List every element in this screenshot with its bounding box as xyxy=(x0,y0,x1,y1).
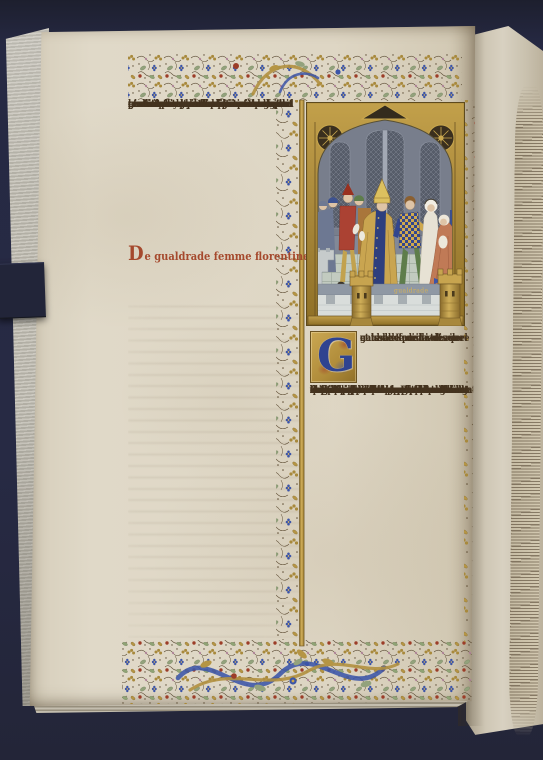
manuscript-photo: gre et retondre lempire en vng q lon voi… xyxy=(0,0,543,760)
illuminated-initial: G xyxy=(310,331,357,383)
turret-left xyxy=(350,271,373,326)
wall-inscription: gualdrade xyxy=(394,288,429,295)
miniature: gualdrade xyxy=(306,102,465,326)
initial-letter: G xyxy=(317,330,355,382)
text-line: siege du lieu il regardast laornement xyxy=(310,385,476,398)
facing-page-text-edge xyxy=(509,86,543,736)
turret-right xyxy=(438,269,462,326)
temple-interior: gualdrade xyxy=(308,120,463,326)
manuscript-page: gre et retondre lempire en vng q lon voi… xyxy=(28,26,476,706)
bookmark-tab xyxy=(0,262,46,319)
chapter-rubric: De gualdrade femme florentine xyxy=(128,242,335,268)
text-line: uiellit et mourut. xyxy=(128,99,206,112)
top-border-decoration xyxy=(128,54,462,101)
bottom-border-decoration xyxy=(122,640,472,704)
text-line: gate de Rauenne Laquel xyxy=(360,333,467,346)
show-through-text xyxy=(128,298,300,638)
